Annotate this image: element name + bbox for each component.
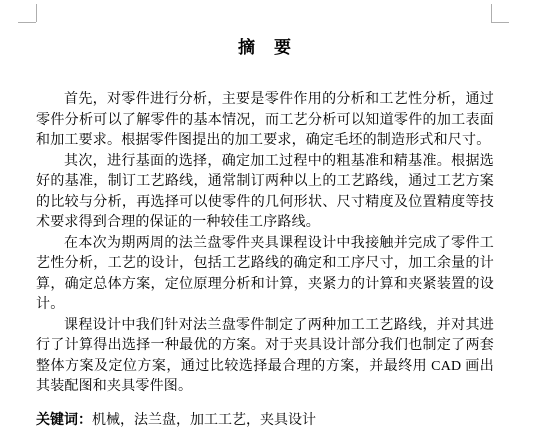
abstract-title: 摘 要 — [36, 37, 494, 59]
paragraph-datum-selection: 其次，进行基面的选择，确定加工过程中的粗基准和精基准。根据选好的基准，制订工艺路… — [36, 152, 494, 234]
text-boundary-mark-top-left-vertical — [36, 4, 37, 22]
document-page: 摘 要 首先，对零件进行分析，主要是零件作用的分析和工艺性分析，通过零件分析可以… — [0, 0, 534, 443]
text-boundary-mark-top-right-vertical — [491, 4, 492, 22]
paragraph-process-routes-cad: 课程设计中我们针对法兰盘零件制定了两种加工工艺路线，并对其进行了计算得出选择一种… — [36, 316, 494, 398]
keywords-line: 关键词：机械，法兰盘，加工工艺，夹具设计 — [36, 411, 494, 432]
text-boundary-mark-top-left-horizontal — [18, 22, 36, 23]
keywords-text: 机械，法兰盘，加工工艺，夹具设计 — [92, 413, 316, 428]
text-area: 摘 要 首先，对零件进行分析，主要是零件作用的分析和工艺性分析，通过零件分析可以… — [36, 22, 494, 431]
abstract-body: 首先，对零件进行分析，主要是零件作用的分析和工艺性分析，通过零件分析可以了解零件… — [36, 90, 494, 398]
paragraph-part-analysis: 首先，对零件进行分析，主要是零件作用的分析和工艺性分析，通过零件分析可以了解零件… — [36, 90, 494, 152]
paragraph-course-design-scope: 在本次为期两周的法兰盘零件夹具课程设计中我接触并完成了零件工艺性分析，工艺的设计… — [36, 234, 494, 316]
keywords-label: 关键词： — [36, 413, 92, 428]
